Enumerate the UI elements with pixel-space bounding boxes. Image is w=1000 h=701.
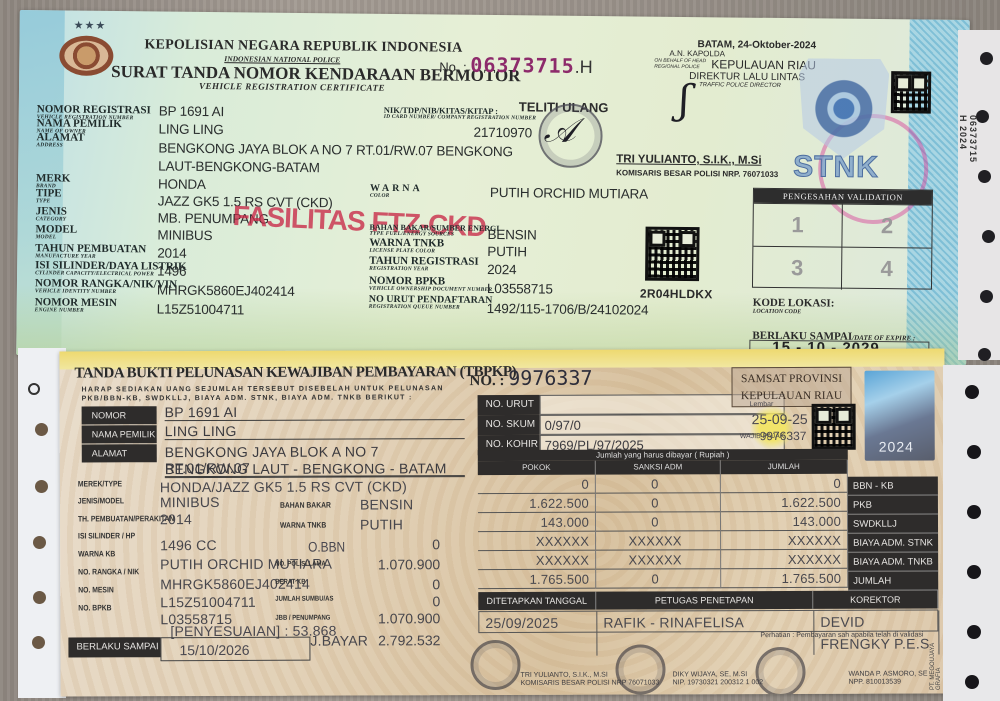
payment-cell-pokok: 0 [478,475,596,494]
document-title-en: VEHICLE REGISTRATION CERTIFICATE [199,81,385,93]
value-nik: 21710970 [473,125,532,141]
value-brand-type: HONDA/JAZZ GK5 1.5 RS CVT (CKD) [160,478,407,495]
label-engine: NOMOR MESINENGINE NUMBER [35,297,117,314]
label-address: ALAMATADDRESS [36,132,84,149]
issuer-region: KEPULAUAN RIAU [711,57,816,72]
label-bpkb: NO. BPKB [78,603,111,612]
lembar-label: Lembar [750,401,774,408]
label-color: WARNACOLOR [370,184,423,200]
value-jbb: 1.070.900 [360,610,440,626]
j-bayar-value: 2.792.532 [360,632,440,648]
footer-header-corrector: KOREKTOR [813,590,938,608]
label-manufacture-year: TAHUN PEMBUATANMANUFACTURE YEAR [35,243,146,261]
payment-row: 1.765.50001.765.500 [478,569,848,589]
payment-item-label: BBN - KB [848,476,938,495]
payment-table: Jumlah yang harus dibayar ( Rupiah ) POK… [478,449,848,589]
payment-cell-pokok: 143.000 [478,513,596,532]
value-o-bbn: 0 [360,536,440,552]
director-signature-icon: ʃ [679,77,690,123]
value-no-skum: 0/97/0 [540,414,785,435]
value-registration-year: 2024 [487,262,516,277]
label-axles: JUMLAH SUMBU/AS [275,596,333,603]
payment-row: XXXXXXXXXXXXXXXXXX [478,531,848,551]
label-nik: NIK/TDP/NIB/KITAS/KITAP :ID CARD NUMBER/… [384,106,537,122]
payment-row: 1.622.50001.622.500 [478,493,848,513]
value-engine: L15Z51004711 [157,301,245,317]
payment-cell-jumlah: 0 [721,474,848,493]
value-bpkb: L03558715 [487,281,553,297]
payment-item-label: JUMLAH [848,571,938,590]
payment-cell-pokok: 1.622.500 [478,494,596,513]
signer-1: TRI YULIANTO, S.I.K., M.SIKOMISARIS BESA… [521,671,660,688]
payment-cell-sanksi: 0 [596,512,721,531]
label-model: MODELMODEL [35,224,77,241]
value-address-line2: LAUT-BENGKONG-BATAM [158,158,320,175]
validation-note: Perhatian : Pembayaran sah apabila telah… [760,632,923,640]
value-manufacture-year: 2014 [157,245,186,260]
perforated-strip-right-2 [943,365,1000,701]
payment-cell-jumlah: XXXXXX [721,550,848,569]
value-address: BENGKONG JAYA BLOK A NO 7 RT.01/RW.07 BE… [158,140,513,159]
qr-code-icon [645,227,700,282]
label-o-bbn: O.BBN [308,539,345,555]
signature-icon: 𝒜 [543,111,576,151]
value-queue: 1492/115-1706/B/24102024 [487,301,649,318]
register-mark-icon [28,383,40,395]
payment-cell-sanksi: 0 [596,493,721,512]
payment-cell-sanksi: XXXXXX [596,550,721,569]
receipt-expiry-date: 15/10/2026 [160,637,310,662]
label-cylinder: ISI SILINDER / HP [78,531,135,540]
label-plate-color: WARNA TNKB [280,521,326,530]
label-brand-type: MEREK/TYPE [78,479,122,488]
signer-3: WANDA P. ASMORO, SENPP. 810013539 [849,671,928,688]
footer-header-officer: PETUGAS PENETAPAN [596,591,813,610]
value-owner: LING LING [159,121,224,137]
value-owner-name: LING LING [165,422,465,440]
footer-header-date: DITETAPKAN TANGGAL [478,592,596,610]
value-plate-number: BP 1691 AI [165,403,465,421]
value-cylinder: 1496 [157,263,186,278]
value-address-line2: BENGKONG LAUT - BENGKONG - BATAM [165,460,465,478]
label-engine: NO. MESIN [78,585,114,594]
payment-cell-sanksi: XXXXXX [596,531,721,550]
value-model: MINIBUS [157,227,212,243]
qr-code-text: 2R04HLDKX [640,287,713,302]
receipt-expiry-label: BERLAKU SAMPAI [68,637,160,657]
label-bpkb: NOMOR BPKBVEHICLE OWNERSHIP DOCUMENT NUM… [369,276,492,294]
label-owner-name: NAMA PEMILIK [82,425,157,443]
validation-box: PENGESAHAN VALIDATION 1 2 3 4 [752,188,933,290]
label-vin: NOMOR RANGKA/NIK/VINVEHICLE IDENTITY NUM… [35,278,177,296]
payment-instructions: HARAP SEDIAKAN UANG SEJUMLAH TERSEBUT DI… [82,385,444,404]
value-fuel: BENSIN [360,496,413,512]
payment-cell-jumlah: 1.765.500 [721,569,848,588]
printer-name: PT. MEGOUJAYA GRAFIA [930,620,942,690]
issuer-regional-en: REGIONAL POLICE [654,64,700,70]
value-weight: 0 [360,576,440,592]
footer-values: 25/09/2025 RAFIK - RINAFELISA DEVID FREN… [478,609,938,633]
payment-row: XXXXXXXXXXXXXXXXXX [478,550,848,570]
footer-header: DITETAPKAN TANGGAL PETUGAS PENETAPAN KOR… [478,590,938,610]
label-fuel: BAHAN BAKAR [280,501,331,510]
label-vin: NO. RANGKA / NIK [78,567,139,576]
stnk-card: ★★★ KEPOLISIAN NEGARA REPUBLIK INDONESIA… [16,10,970,365]
value-year: 2014 [160,511,192,527]
payment-row: 143.0000143.000 [478,512,848,532]
tbpkp-receipt: TANDA BUKTI PELUNASAN KEWAJIBAN PEMBAYAR… [59,348,945,696]
label-registration-year: TAHUN REGISTRASIREGISTRATION YEAR [369,256,479,274]
payment-cell-jumlah: 1.622.500 [721,493,848,512]
agency-name: KEPOLISIAN NEGARA REPUBLIK INDONESIA [144,37,462,56]
hologram-sticker-icon: 2024 [864,370,934,460]
value-vin: MHRGK5860EJ402414 [157,282,295,298]
document-number: No. : 06373715.H [439,52,593,78]
label-queue: NO URUT PENDAFTARANREGISTRATION QUEUE NU… [369,295,493,312]
payment-item-label: BIAYA ADM. STNK [848,533,938,552]
value-category-model: MINIBUS [160,494,220,510]
signatory-name: TRI YULIANTO, S.I.K., M.Si [616,153,761,167]
hologram-year: 2024 [879,439,914,455]
lembar-date: 25-09-25 [752,411,808,427]
value-old-plate: 1.070.900 [360,556,440,572]
receipt-qr-code-icon [812,404,856,450]
document-number-label: No. : [439,59,467,74]
qr-code-small-icon [891,71,931,113]
value-axles: 0 [360,593,440,609]
issuer-title-en: TRAFFIC POLICE DIRECTOR [699,82,781,89]
label-jbb: JBB / PENUMPANG [275,615,330,622]
payment-cell-pokok: XXXXXX [478,551,596,570]
receipt-title: TANDA BUKTI PELUNASAN KEWAJIBAN PEMBAYAR… [74,364,516,383]
value-cylinder: 1496 CC [160,537,217,553]
validation-cell-2: 2 [842,204,931,248]
validation-cell-4: 4 [842,247,931,291]
payment-cell-sanksi: 0 [596,569,721,588]
validation-cell-3: 3 [753,246,842,290]
label-no-urut: NO. URUT [478,395,540,415]
payment-item-label: BIAYA ADM. TNKB [848,552,938,571]
label-address: ALAMAT [82,444,157,462]
label-plate-number: NOMOR POLISI [82,406,157,424]
location-code-label: KODE LOKASI:LOCATION CODE [753,298,835,316]
payment-item-label: SWDKLLJ [848,514,938,533]
value-plate-color: PUTIH [487,244,527,259]
side-serial: 06373715 H 2024 [958,115,978,163]
col-jumlah: JUMLAH [721,460,848,474]
payment-cell-jumlah: 143.000 [721,512,848,531]
stnk-hologram-text: STNK [793,150,879,185]
payment-cell-jumlah: XXXXXX [721,531,848,550]
label-type: TIPETYPE [36,188,62,205]
stamp-kepala-icon [470,640,520,690]
payment-cell-pokok: 1.765.500 [478,570,596,589]
receipt-number: NO. : 9976337 [469,366,592,390]
document-number-value: 06373715 [470,53,575,78]
value-registration: BP 1691 AI [159,103,224,119]
value-brand: HONDA [158,176,206,191]
validation-cell-1: 1 [753,203,842,247]
payment-row: 000 [478,474,848,494]
signatory-rank: KOMISARIS BESAR POLISI NRP. 76071033 [616,168,778,179]
col-sanksi: SANKSI ADM [596,460,721,474]
payment-item-label: PKB [848,495,938,514]
label-color: WARNA KB [78,549,115,558]
lembar-code: 9976337 [760,429,807,443]
perforated-strip-right [958,30,1000,360]
payment-cell-pokok: XXXXXX [478,532,596,551]
signer-2: DIKY WIJAYA, SE, M.SINIP. 19730321 20031… [673,671,764,688]
label-plate-color: WARNA TNKBLICENSE PLATE COLOR [369,238,444,255]
label-weight: BERAT KB [275,579,305,586]
value-fuel: BENSIN [487,227,536,243]
document-number-suffix: .H [575,57,593,77]
emblem-shield [59,35,113,76]
col-pokok: POKOK [478,461,596,475]
label-category-model: JENIS/MODEL [78,496,124,505]
label-category: JENISCATEGORY [36,206,67,223]
payment-items: BBN - KBPKBSWDKLLJBIAYA ADM. STNKBIAYA A… [848,476,938,590]
label-no-skum: NO. SKUM [478,415,540,435]
label-old-plate: NO. POLISI LAMA [275,561,326,568]
value-engine: L15Z51004711 [160,594,256,610]
police-emblem-icon: ★★★ [59,30,114,81]
payment-cell-sanksi: 0 [596,474,721,493]
stars-icon: ★★★ [74,19,107,32]
value-plate-color: PUTIH [360,516,403,532]
value-color: PUTIH ORCHID MUTIARA [490,185,648,202]
